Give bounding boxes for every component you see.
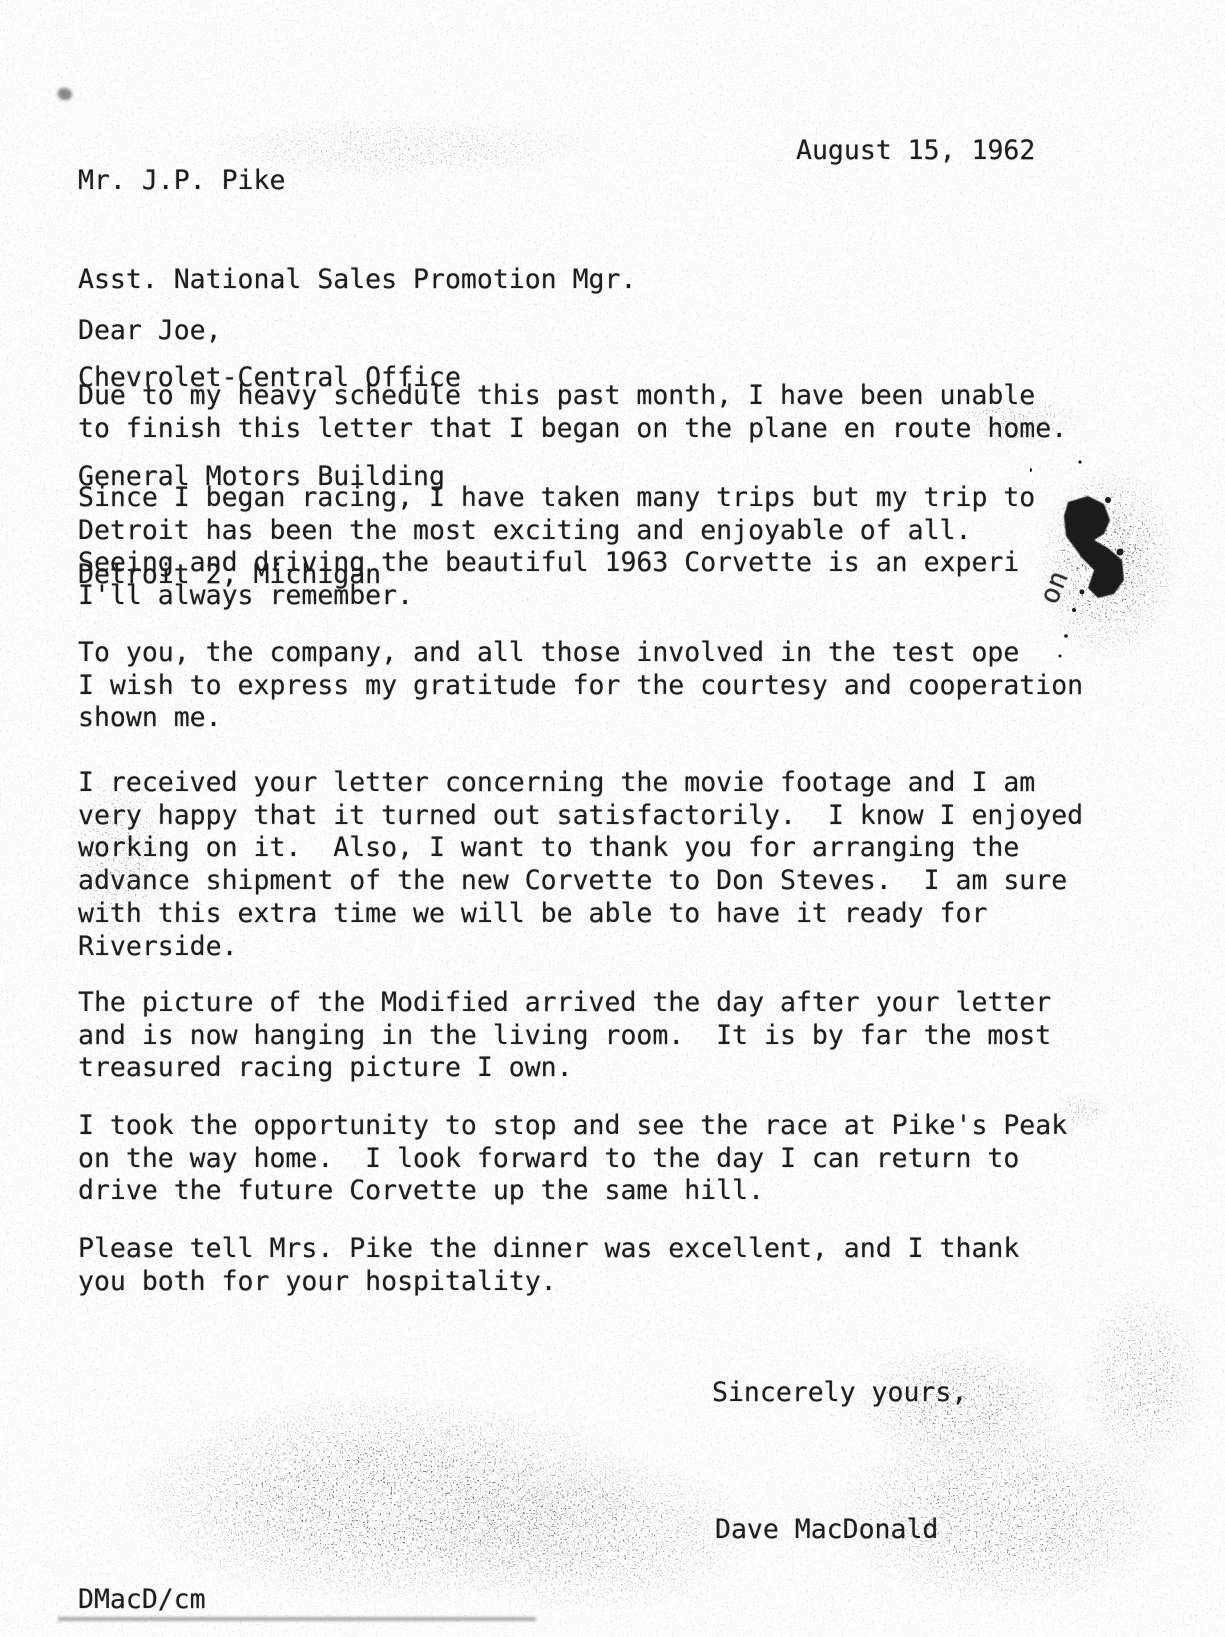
salutation: Dear Joe, (78, 315, 222, 348)
body-paragraph-2: Since I began racing, I have taken many … (78, 482, 1035, 613)
typist-initials: DMacD/cm (78, 1584, 206, 1617)
letter-date: August 15, 1962 (796, 135, 1035, 168)
signature-name: Dave MacDonald (715, 1514, 938, 1547)
scan-speck (58, 88, 72, 100)
body-paragraph-3: To you, the company, and all those invol… (78, 637, 1083, 735)
underline-smear (58, 1617, 536, 1621)
body-paragraph-1: Due to my heavy schedule this past month… (78, 380, 1067, 445)
body-paragraph-6: I took the opportunity to stop and see t… (78, 1110, 1067, 1208)
closing-phrase: Sincerely yours, (712, 1377, 967, 1410)
scanned-letter-page: Mr. J.P. Pike Asst. National Sales Promo… (0, 0, 1225, 1637)
body-paragraph-4: I received your letter concerning the mo… (78, 767, 1083, 963)
blot-rotated-text: on (1034, 567, 1075, 609)
body-paragraph-7: Please tell Mrs. Pike the dinner was exc… (78, 1233, 1019, 1298)
recipient-line: Asst. National Sales Promotion Mgr. (78, 264, 636, 297)
ink-blot-shape (1030, 460, 1124, 657)
recipient-line: Mr. J.P. Pike (78, 165, 636, 198)
scan-noise-patch (1060, 1255, 1225, 1505)
body-paragraph-5: The picture of the Modified arrived the … (78, 987, 1051, 1085)
